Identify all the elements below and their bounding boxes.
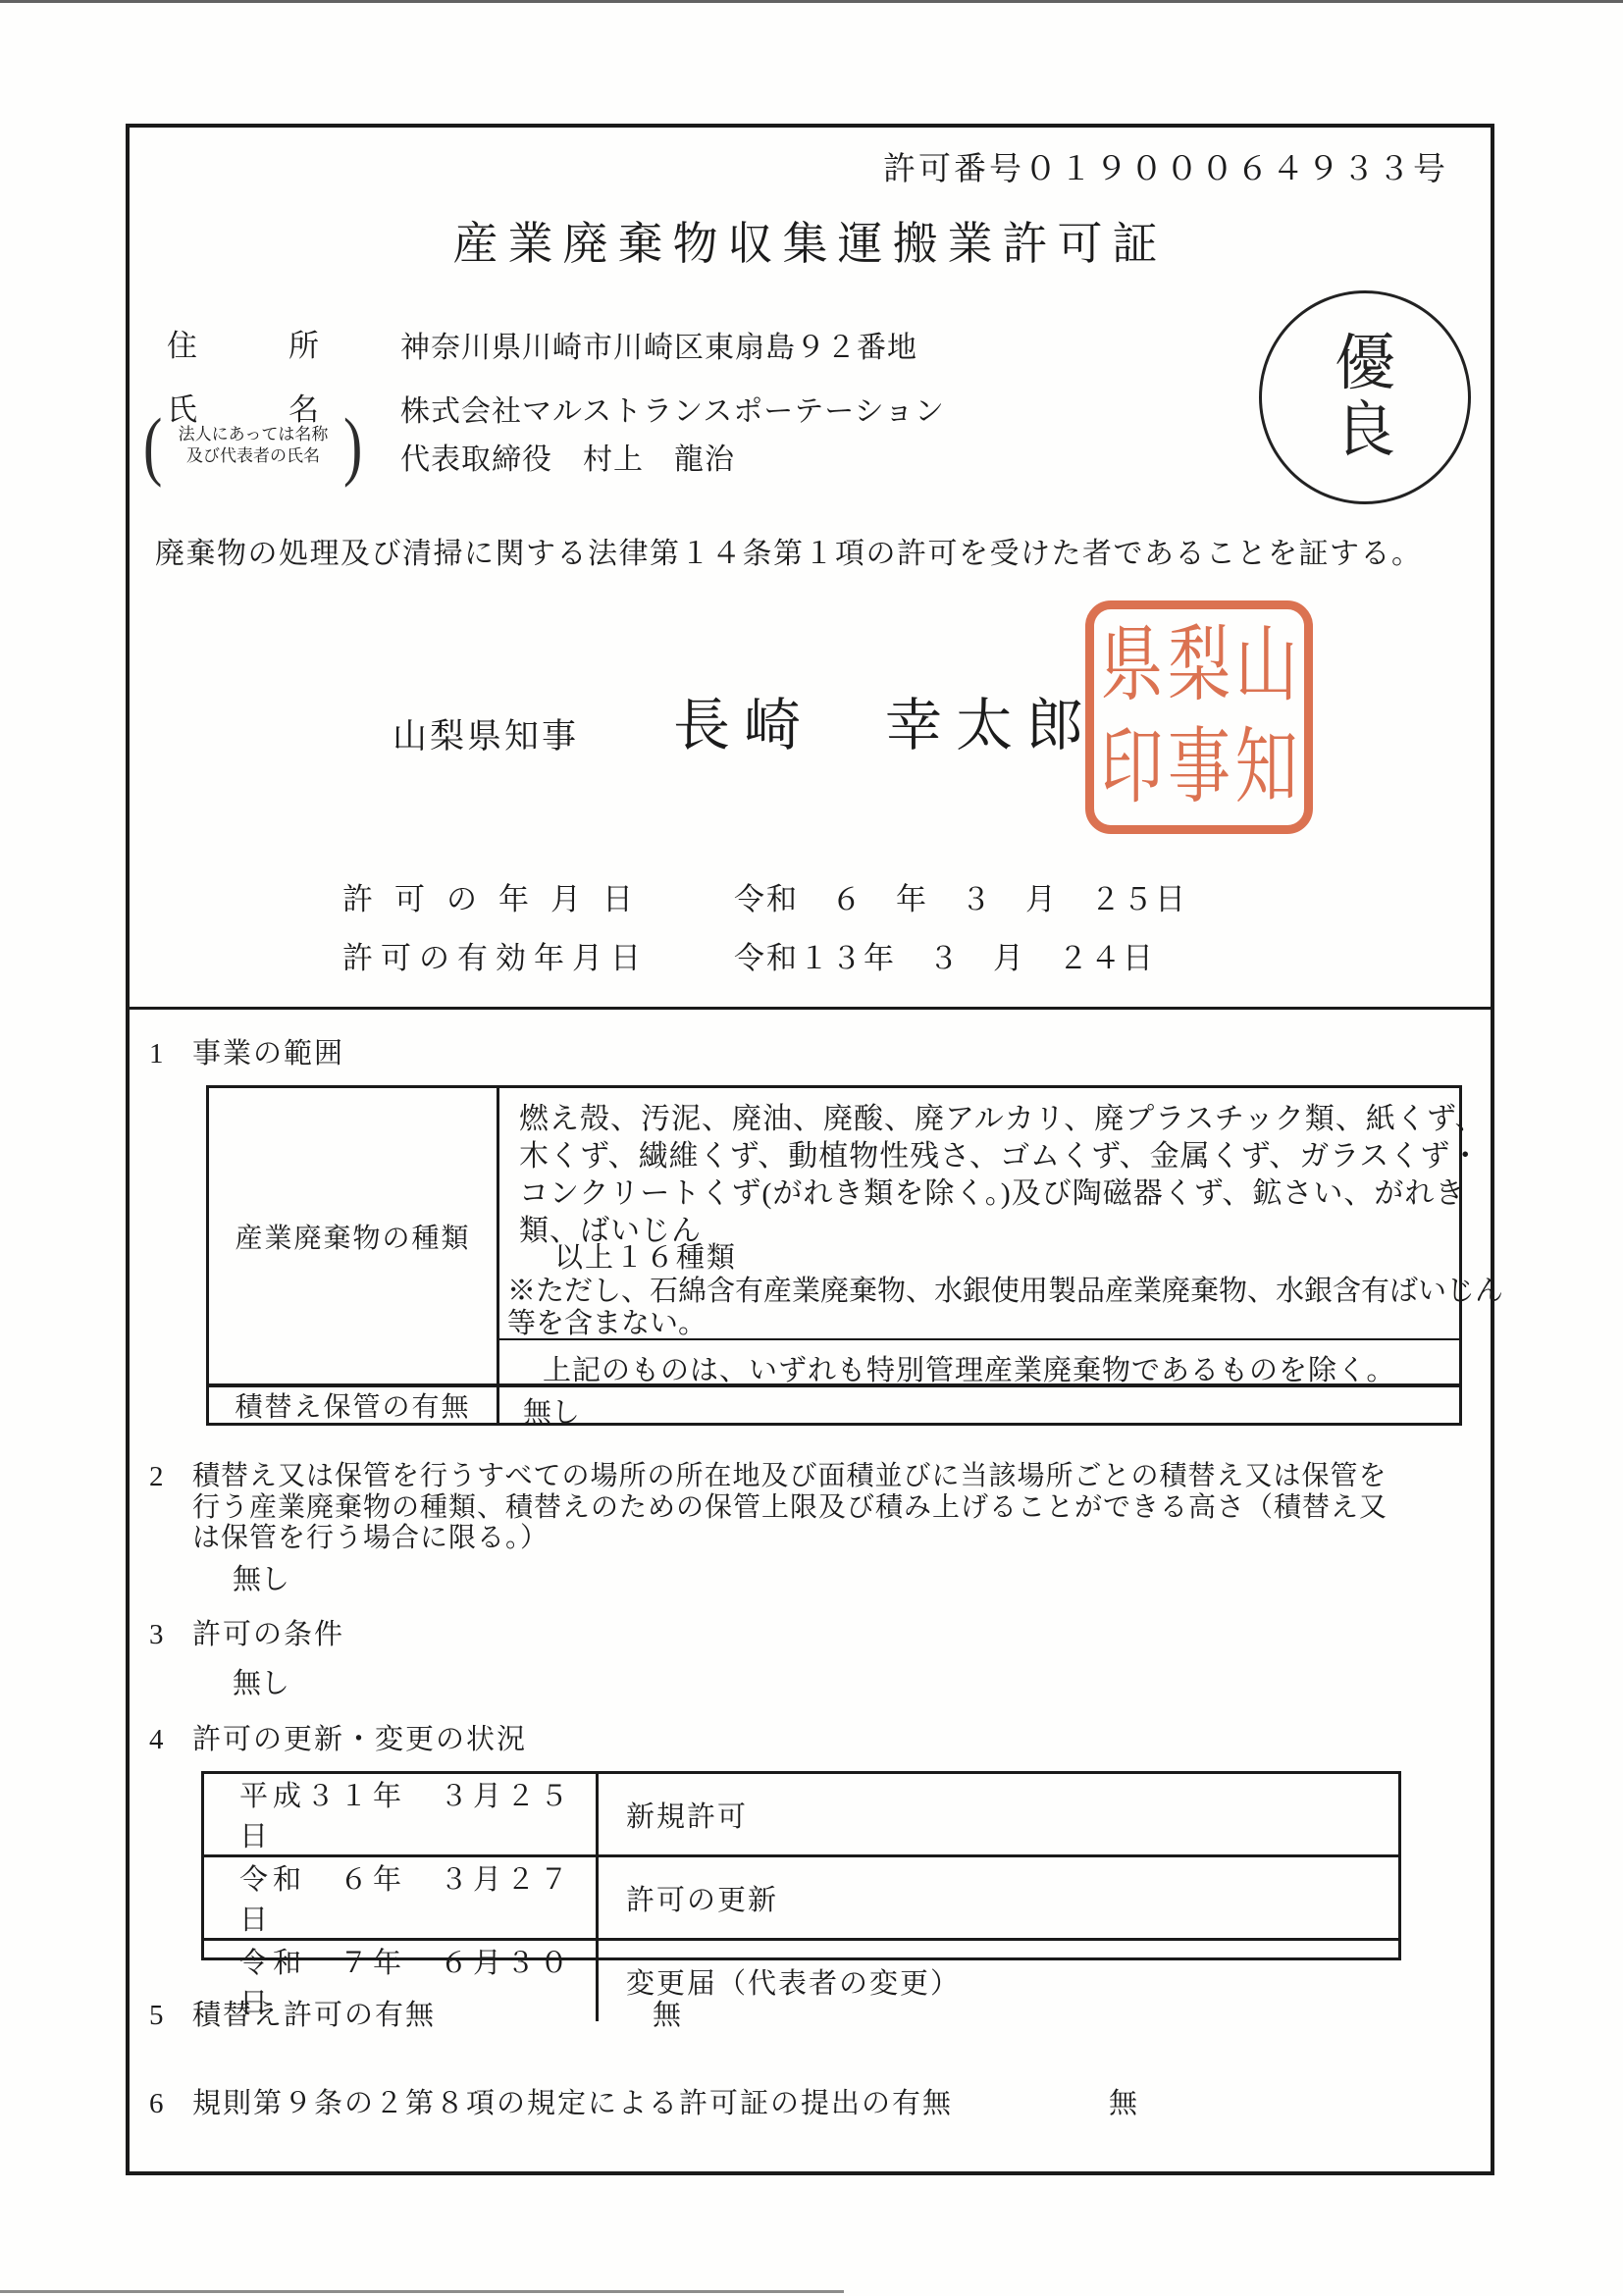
corporate-name-note-line1: 法人にあっては名称 — [169, 424, 338, 445]
history-date: 令和 ６年 ３月２７日 — [204, 1857, 599, 1938]
section-divider-line — [130, 1007, 1491, 1010]
excellent-stamp-char2: 良 — [1335, 397, 1395, 464]
section2-text-line2: 行う産業廃棄物の種類、積替えのための保管上限及び積み上げることができる高さ（積替… — [192, 1490, 1387, 1525]
section5-value: 無 — [653, 1998, 681, 2033]
transfer-storage-label: 積替え保管の有無 — [235, 1385, 470, 1425]
permit-document-page: 許可番号０１９０００６４９３３号 産業廃棄物収集運搬業許可証 住 所 神奈川県川… — [0, 0, 1623, 2296]
section5-number: 5 — [149, 1998, 164, 2033]
corporate-name-note: 法人にあっては名称 及び代表者の氏名 — [169, 424, 338, 467]
transfer-storage-value: 無し — [523, 1390, 580, 1431]
section3-number: 3 — [149, 1617, 164, 1652]
waste-exclusion-note-line2: 等を含まない。 — [507, 1301, 707, 1341]
section3-value: 無し — [233, 1666, 289, 1701]
corporate-name-note-line2: 及び代表者の氏名 — [169, 445, 338, 467]
history-date: 平成３１年 ３月２５日 — [204, 1774, 599, 1854]
seal-char: 梨 — [1168, 625, 1230, 707]
representative-name: 代表取締役 村上 龍治 — [400, 442, 735, 479]
excellent-stamp-char1: 優 — [1335, 331, 1395, 397]
section6-value: 無 — [1109, 2086, 1137, 2121]
scan-artifact-top — [0, 0, 1623, 3]
seal-char: 山 — [1235, 625, 1298, 707]
history-event: 変更届（代表者の変更） — [599, 1941, 1398, 2021]
section2-text-line1: 積替え又は保管を行うすべての場所の所在地及び面積並びに当該場所ごとの積替え又は保… — [192, 1459, 1387, 1493]
valid-until-value: 令和１３年 ３ 月 ２４日 — [734, 940, 1155, 978]
transfer-storage-label-cell: 積替え保管の有無 — [209, 1387, 497, 1423]
governor-signature: 長崎 幸太郎 — [673, 691, 1097, 762]
seal-char: 県 — [1100, 625, 1163, 707]
governor-red-seal: 県 梨 山 印 事 知 — [1085, 600, 1313, 834]
valid-until-label: 許可の有効年月日 — [342, 940, 649, 978]
business-scope-table: 産業廃棄物の種類 燃え殻、汚泥、廃油、廃酸、廃アルカリ、廃プラスチック類、紙くず… — [206, 1085, 1462, 1426]
certification-statement: 廃棄物の処理及び清掃に関する法律第１４条第１項の許可を受けた者であることを証する… — [155, 536, 1423, 573]
section5-heading: 積替え許可の有無 — [192, 1998, 436, 2033]
company-name: 株式会社マルストランスポーテーション — [400, 393, 945, 431]
permit-date-label: 許可の年月日 — [342, 881, 654, 919]
permit-number: 許可番号０１９０００６４９３３号 — [883, 150, 1448, 190]
governor-title: 山梨県知事 — [393, 715, 579, 758]
section4-heading: 許可の更新・変更の状況 — [192, 1722, 527, 1757]
section2-number: 2 — [149, 1459, 164, 1494]
seal-char: 知 — [1235, 727, 1298, 809]
paren-close: ) — [343, 400, 362, 489]
document-title: 産業廃棄物収集運搬業許可証 — [126, 216, 1494, 273]
excellent-rating-stamp: 優 良 — [1259, 290, 1471, 504]
history-row: 平成３１年 ３月２５日 新規許可 — [204, 1774, 1398, 1857]
sub-cell-divider — [499, 1338, 1462, 1340]
section3-heading: 許可の条件 — [192, 1617, 344, 1652]
address-value: 神奈川県川崎市川崎区東扇島９２番地 — [400, 330, 917, 367]
special-management-note: 上記のものは、いずれも特別管理産業廃棄物であるものを除く。 — [543, 1348, 1395, 1388]
section1-heading: 事業の範囲 — [192, 1036, 344, 1071]
section4-number: 4 — [149, 1722, 164, 1757]
table-column-divider — [497, 1088, 499, 1423]
waste-type-label: 産業廃棄物の種類 — [235, 1217, 470, 1256]
section6-number: 6 — [149, 2086, 164, 2121]
seal-char: 事 — [1168, 727, 1230, 809]
permit-date-value: 令和 ６ 年 ３ 月 ２５日 — [734, 881, 1187, 919]
section1-number: 1 — [149, 1036, 164, 1071]
scan-artifact-bottom — [0, 2290, 844, 2293]
paren-open: ( — [143, 400, 162, 489]
seal-char: 印 — [1100, 727, 1163, 809]
history-row: 令和 ６年 ３月２７日 許可の更新 — [204, 1857, 1398, 1941]
waste-type-label-cell: 産業廃棄物の種類 — [209, 1088, 497, 1383]
permit-history-table: 平成３１年 ３月２５日 新規許可 令和 ６年 ３月２７日 許可の更新 令和 ７年… — [201, 1771, 1401, 1960]
section6-heading: 規則第９条の２第８項の規定による許可証の提出の有無 — [192, 2086, 953, 2121]
history-event: 新規許可 — [599, 1774, 1398, 1854]
address-label: 住 所 — [167, 328, 319, 366]
section2-value: 無し — [233, 1562, 289, 1597]
history-event: 許可の更新 — [599, 1857, 1398, 1938]
section2-text-line3: は保管を行う場合に限る。） — [192, 1521, 549, 1555]
